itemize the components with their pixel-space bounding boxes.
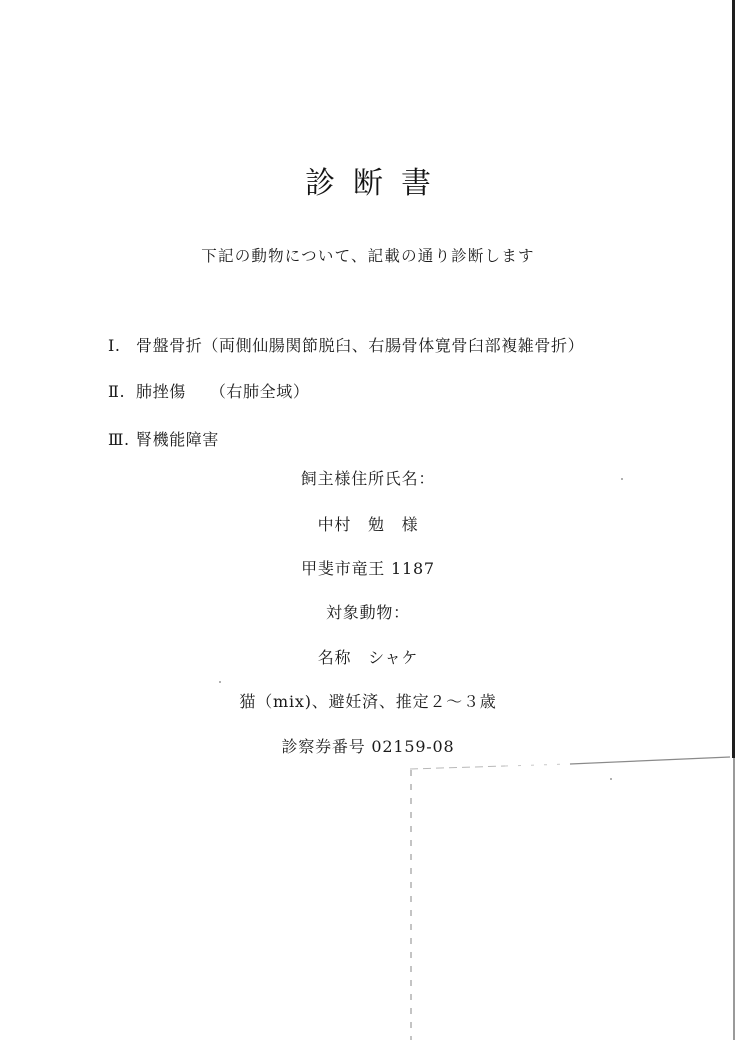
diagnosis-item-2: Ⅱ.肺挫傷（右肺全域） — [108, 379, 309, 402]
scan-speck — [219, 681, 221, 683]
pasted-paper-top-edge — [410, 755, 730, 771]
diagnosis-number: Ⅰ. — [108, 336, 136, 355]
owner-name: 中村 勉 様 — [0, 512, 736, 535]
diagnosis-number: Ⅲ. — [108, 430, 136, 449]
pasted-paper-left-edge — [410, 770, 412, 1040]
diagnosis-detail: （右肺全域） — [210, 382, 310, 401]
owner-label: 飼主様住所氏名： — [0, 466, 736, 489]
ticket-number: 診察券番号 02159-08 — [0, 734, 736, 757]
diagnosis-item-1: Ⅰ.骨盤骨折（両側仙腸関節脱臼、右腸骨体寛骨臼部複雑骨折） — [108, 333, 584, 356]
diagnosis-item-3: Ⅲ.腎機能障害 — [108, 427, 219, 450]
scan-edge-border-lower — [733, 758, 735, 1040]
intro-text: 下記の動物について、記載の通り診断します — [0, 244, 736, 266]
scan-speck — [610, 778, 612, 780]
owner-address: 甲斐市竜王 1187 — [0, 556, 736, 579]
animal-label: 対象動物： — [0, 600, 736, 623]
diagnosis-name: 肺挫傷 — [136, 382, 186, 401]
diagnosis-detail: （両側仙腸関節脱臼、右腸骨体寛骨臼部複雑骨折） — [202, 336, 584, 355]
animal-name: 名称 シャケ — [0, 645, 736, 668]
animal-description: 猫（mix)、避妊済、推定２～３歳 — [0, 689, 736, 712]
diagnosis-number: Ⅱ. — [108, 382, 136, 401]
document-title: 診断書 — [0, 158, 736, 202]
diagnosis-name: 骨盤骨折 — [136, 336, 202, 355]
diagnosis-name: 腎機能障害 — [136, 430, 219, 449]
document-page: 診断書 下記の動物について、記載の通り診断します Ⅰ.骨盤骨折（両側仙腸関節脱臼… — [0, 0, 736, 1040]
